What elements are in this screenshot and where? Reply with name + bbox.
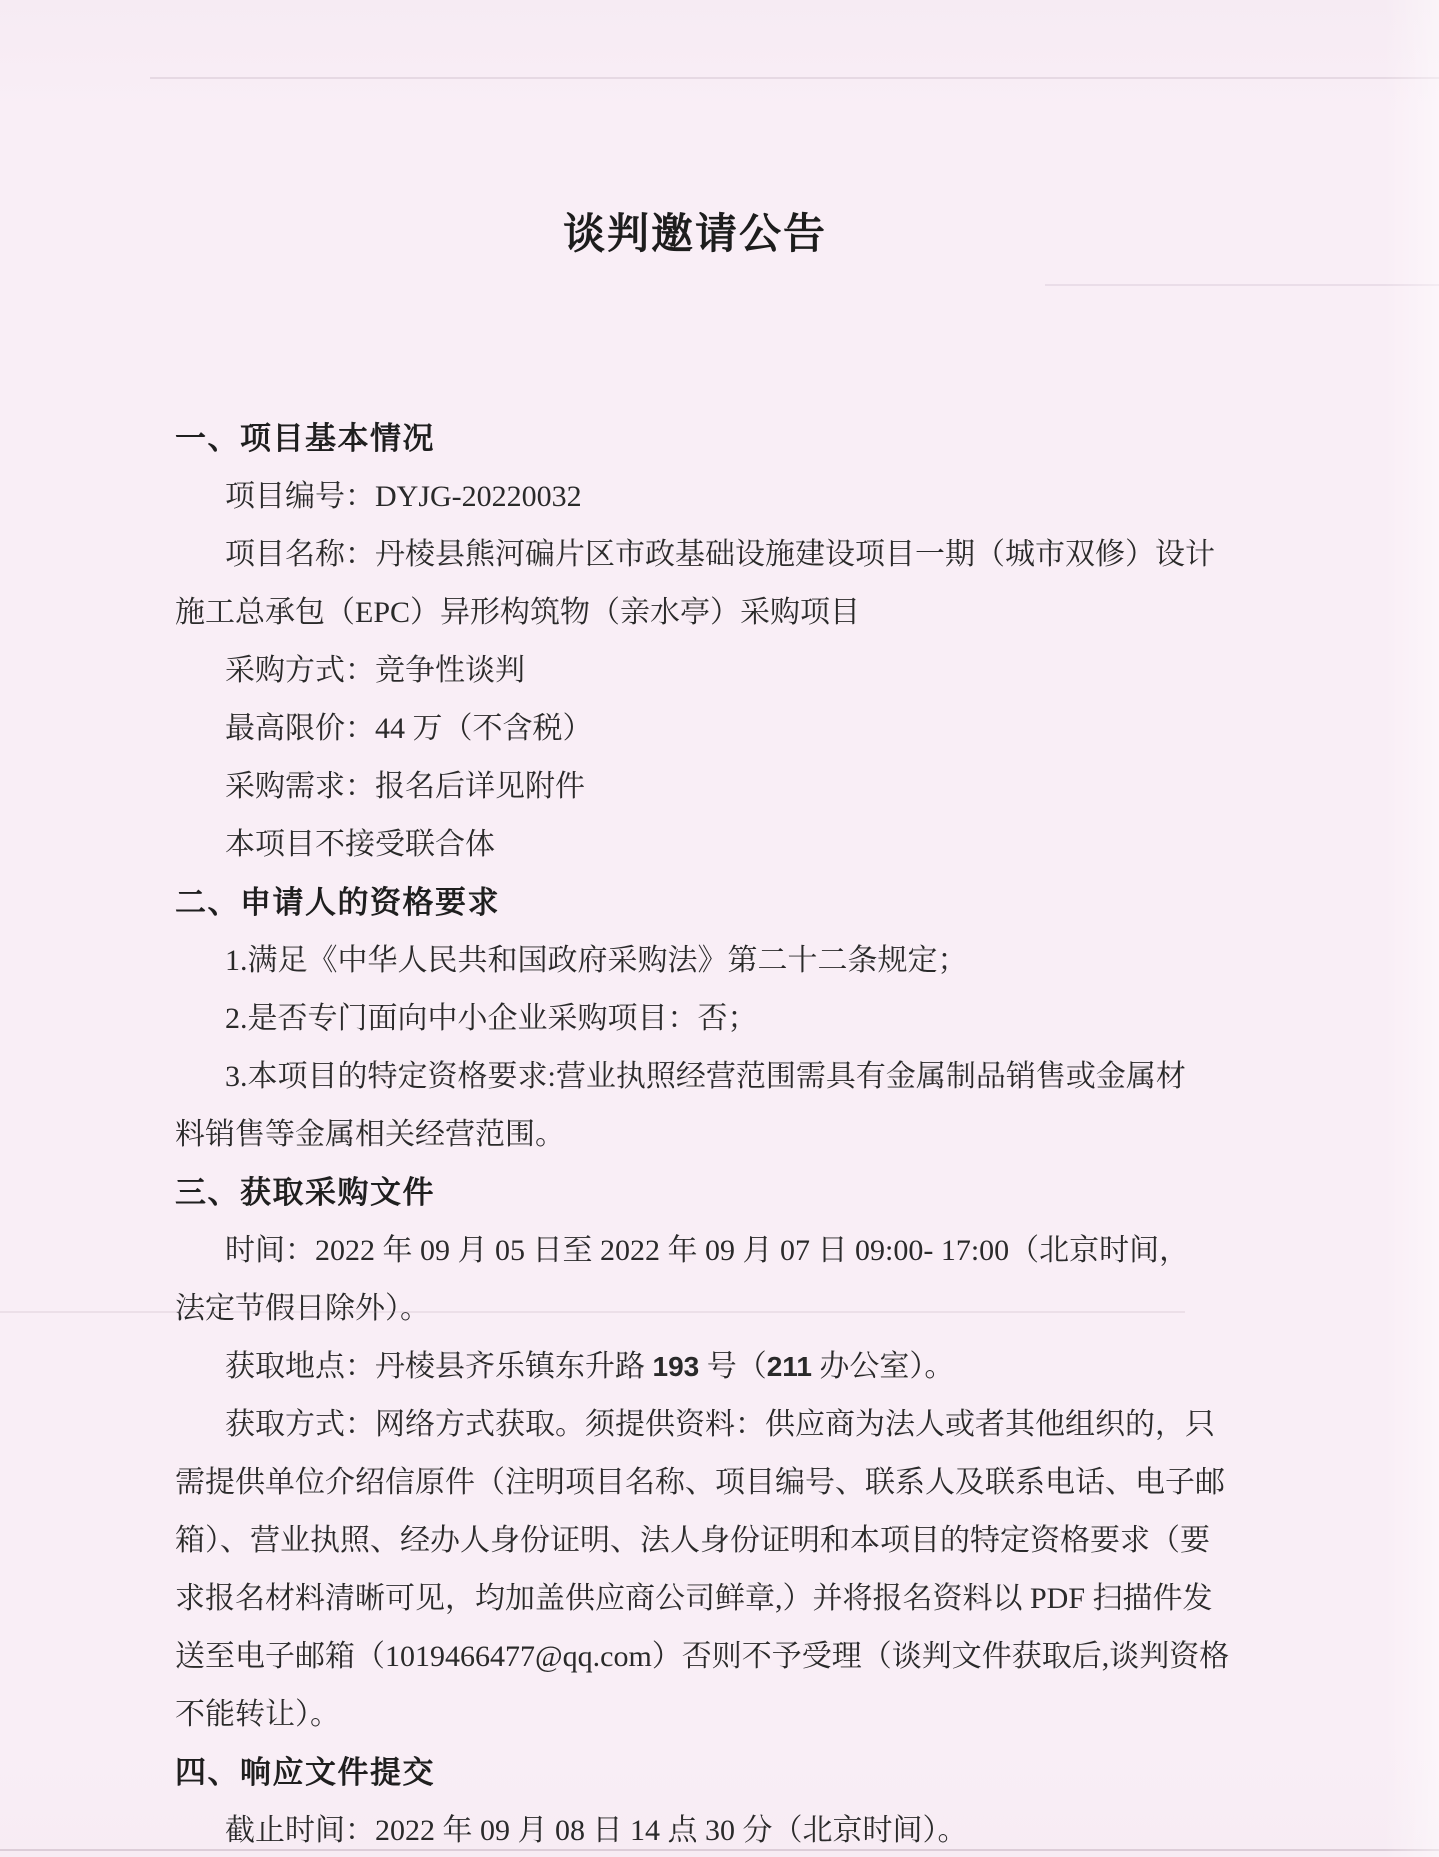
submission-deadline-line: 截止时间：2022 年 09 月 08 日 14 点 30 分（北京时间）。 (175, 1802, 1215, 1857)
project-name-line-1: 项目名称：丹棱县熊河碥片区市政基础设施建设项目一期（城市双修）设计 (175, 526, 1215, 584)
section-4-heading: 四、响应文件提交 (175, 1744, 1215, 1802)
scan-artifact-line-top (150, 77, 1439, 79)
procurement-method-line: 采购方式：竞争性谈判 (175, 642, 1215, 700)
price-ceiling-line: 最高限价：44 万（不含税） (175, 700, 1215, 758)
scan-artifact-line-upper-right (1045, 284, 1439, 286)
project-name-line-2: 施工总承包（EPC）异形构筑物（亲水亭）采购项目 (175, 584, 1215, 642)
obtain-location-office-number: 211 (767, 1351, 812, 1382)
obtain-method-line-1: 获取方式：网络方式获取。须提供资料：供应商为法人或者其他组织的，只 (175, 1396, 1215, 1454)
document-title: 谈判邀请公告 (175, 208, 1215, 262)
obtain-method-line-4: 求报名材料清晰可见，均加盖供应商公司鲜章,）并将报名资料以 PDF 扫描件发 (175, 1570, 1215, 1628)
procurement-demand-line: 采购需求：报名后详见附件 (175, 758, 1215, 816)
document-body: 一、项目基本情况 项目编号：DYJG-20220032 项目名称：丹棱县熊河碥片… (175, 410, 1215, 1857)
obtain-location-text-post: 办公室）。 (812, 1350, 955, 1383)
obtain-location-street-number: 193 (653, 1351, 700, 1382)
qualification-item-3-line-1: 3.本项目的特定资格要求:营业执照经营范围需具有金属制品销售或金属材 (175, 1048, 1215, 1106)
section-2-heading: 二、申请人的资格要求 (175, 874, 1215, 932)
obtain-method-line-3: 箱）、营业执照、经办人身份证明、法人身份证明和本项目的特定资格要求（要 (175, 1512, 1215, 1570)
qualification-item-3-line-2: 料销售等金属相关经营范围。 (175, 1106, 1215, 1164)
scanned-document-page: 谈判邀请公告 一、项目基本情况 项目编号：DYJG-20220032 项目名称：… (0, 0, 1439, 1857)
obtain-location-line: 获取地点：丹棱县齐乐镇东升路 193 号（211 办公室）。 (175, 1338, 1215, 1396)
obtain-method-line-2: 需提供单位介绍信原件（注明项目名称、项目编号、联系人及联系电话、电子邮 (175, 1454, 1215, 1512)
section-3-heading: 三、获取采购文件 (175, 1164, 1215, 1222)
obtain-method-line-5: 送至电子邮箱（1019466477@qq.com）否则不予受理（谈判文件获取后,… (175, 1628, 1215, 1686)
obtain-location-text-mid: 号（ (699, 1350, 767, 1383)
obtain-location-text-pre: 获取地点：丹棱县齐乐镇东升路 (225, 1350, 653, 1383)
obtain-time-line-2: 法定节假日除外）。 (175, 1280, 1215, 1338)
qualification-item-1: 1.满足《中华人民共和国政府采购法》第二十二条规定； (175, 932, 1215, 990)
obtain-time-line-1: 时间：2022 年 09 月 05 日至 2022 年 09 月 07 日 09… (175, 1222, 1215, 1280)
section-1-heading: 一、项目基本情况 (175, 410, 1215, 468)
project-number-line: 项目编号：DYJG-20220032 (175, 468, 1215, 526)
obtain-method-line-6: 不能转让）。 (175, 1686, 1215, 1744)
no-consortium-line: 本项目不接受联合体 (175, 816, 1215, 874)
qualification-item-2: 2.是否专门面向中小企业采购项目：否； (175, 990, 1215, 1048)
scan-edge-highlight (1384, 0, 1439, 1857)
